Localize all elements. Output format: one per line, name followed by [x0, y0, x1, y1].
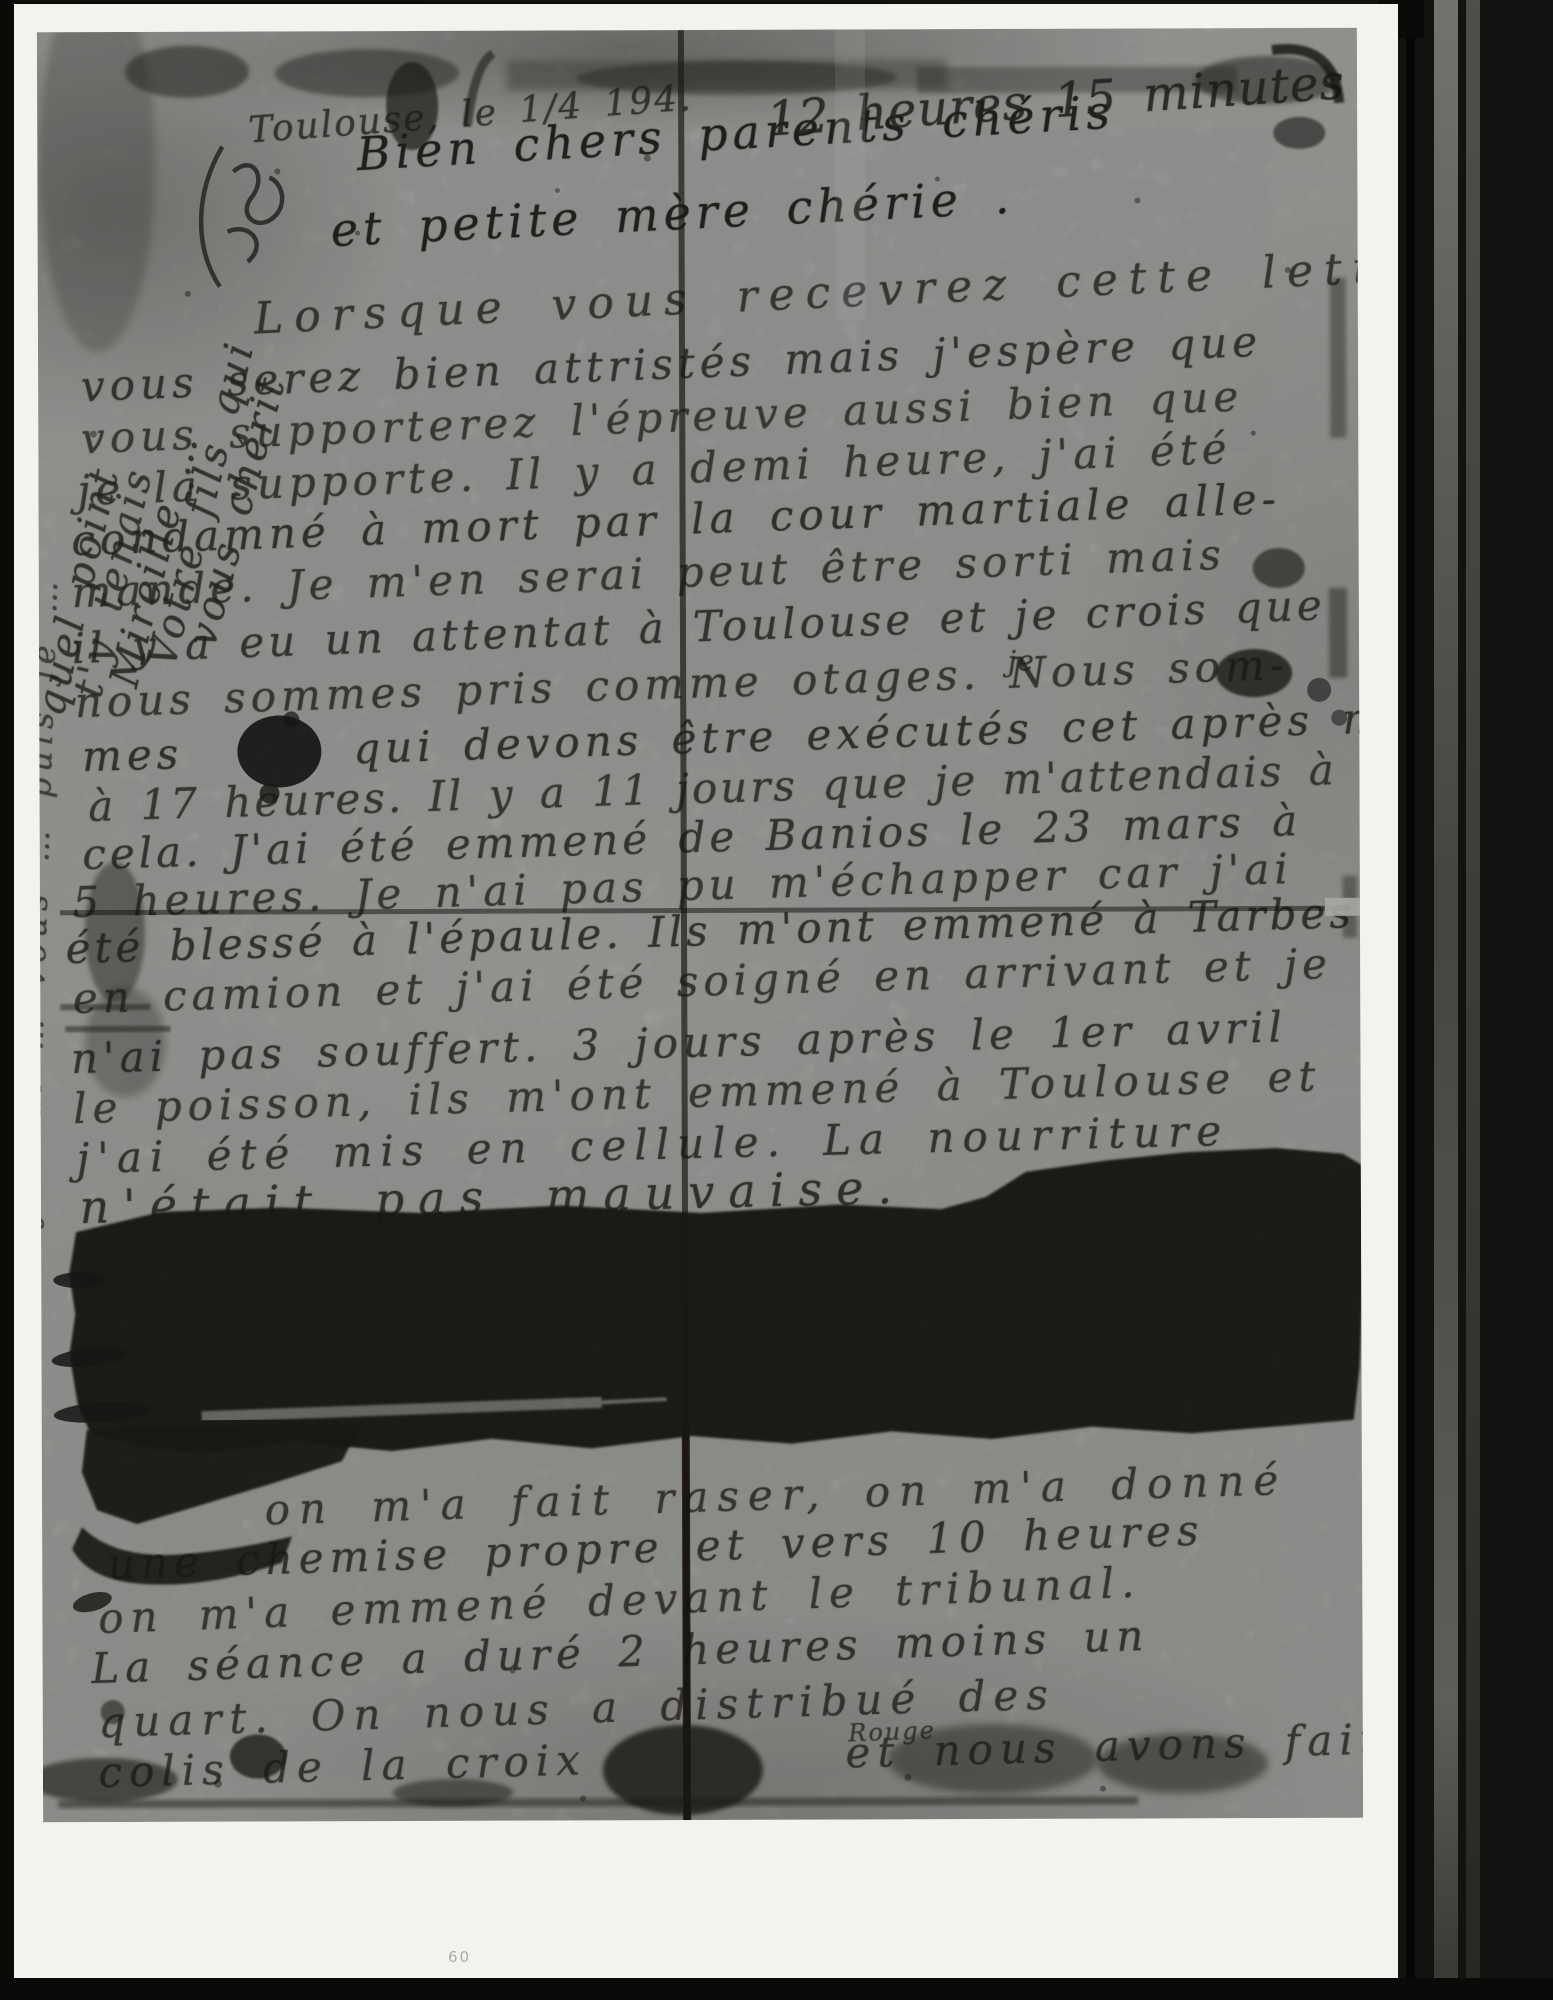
gutter-seam	[1406, 0, 1415, 2000]
superscript-word: je	[1007, 644, 1036, 679]
signature-flourish	[201, 146, 283, 286]
redaction-scratch	[202, 1399, 667, 1417]
bottom-border-strip	[0, 1978, 1553, 2000]
salutation-line-2: et petite mère chérie .	[329, 170, 1015, 259]
letter-page: Toulouse, le 1/4 194. 12 heures 15 minut…	[37, 28, 1363, 1823]
page-edge-stripe-1	[1434, 0, 1458, 2000]
left-border-strip	[0, 0, 14, 2000]
scanned-letter-photograph: Toulouse, le 1/4 194. 12 heures 15 minut…	[0, 0, 1553, 2000]
inserted-word: Rouge	[848, 1716, 937, 1748]
page-number: 60	[448, 1948, 471, 1966]
page-edge-stripe-2	[1466, 0, 1480, 2000]
photo-paper: Toulouse, le 1/4 194. 12 heures 15 minut…	[14, 4, 1398, 1978]
